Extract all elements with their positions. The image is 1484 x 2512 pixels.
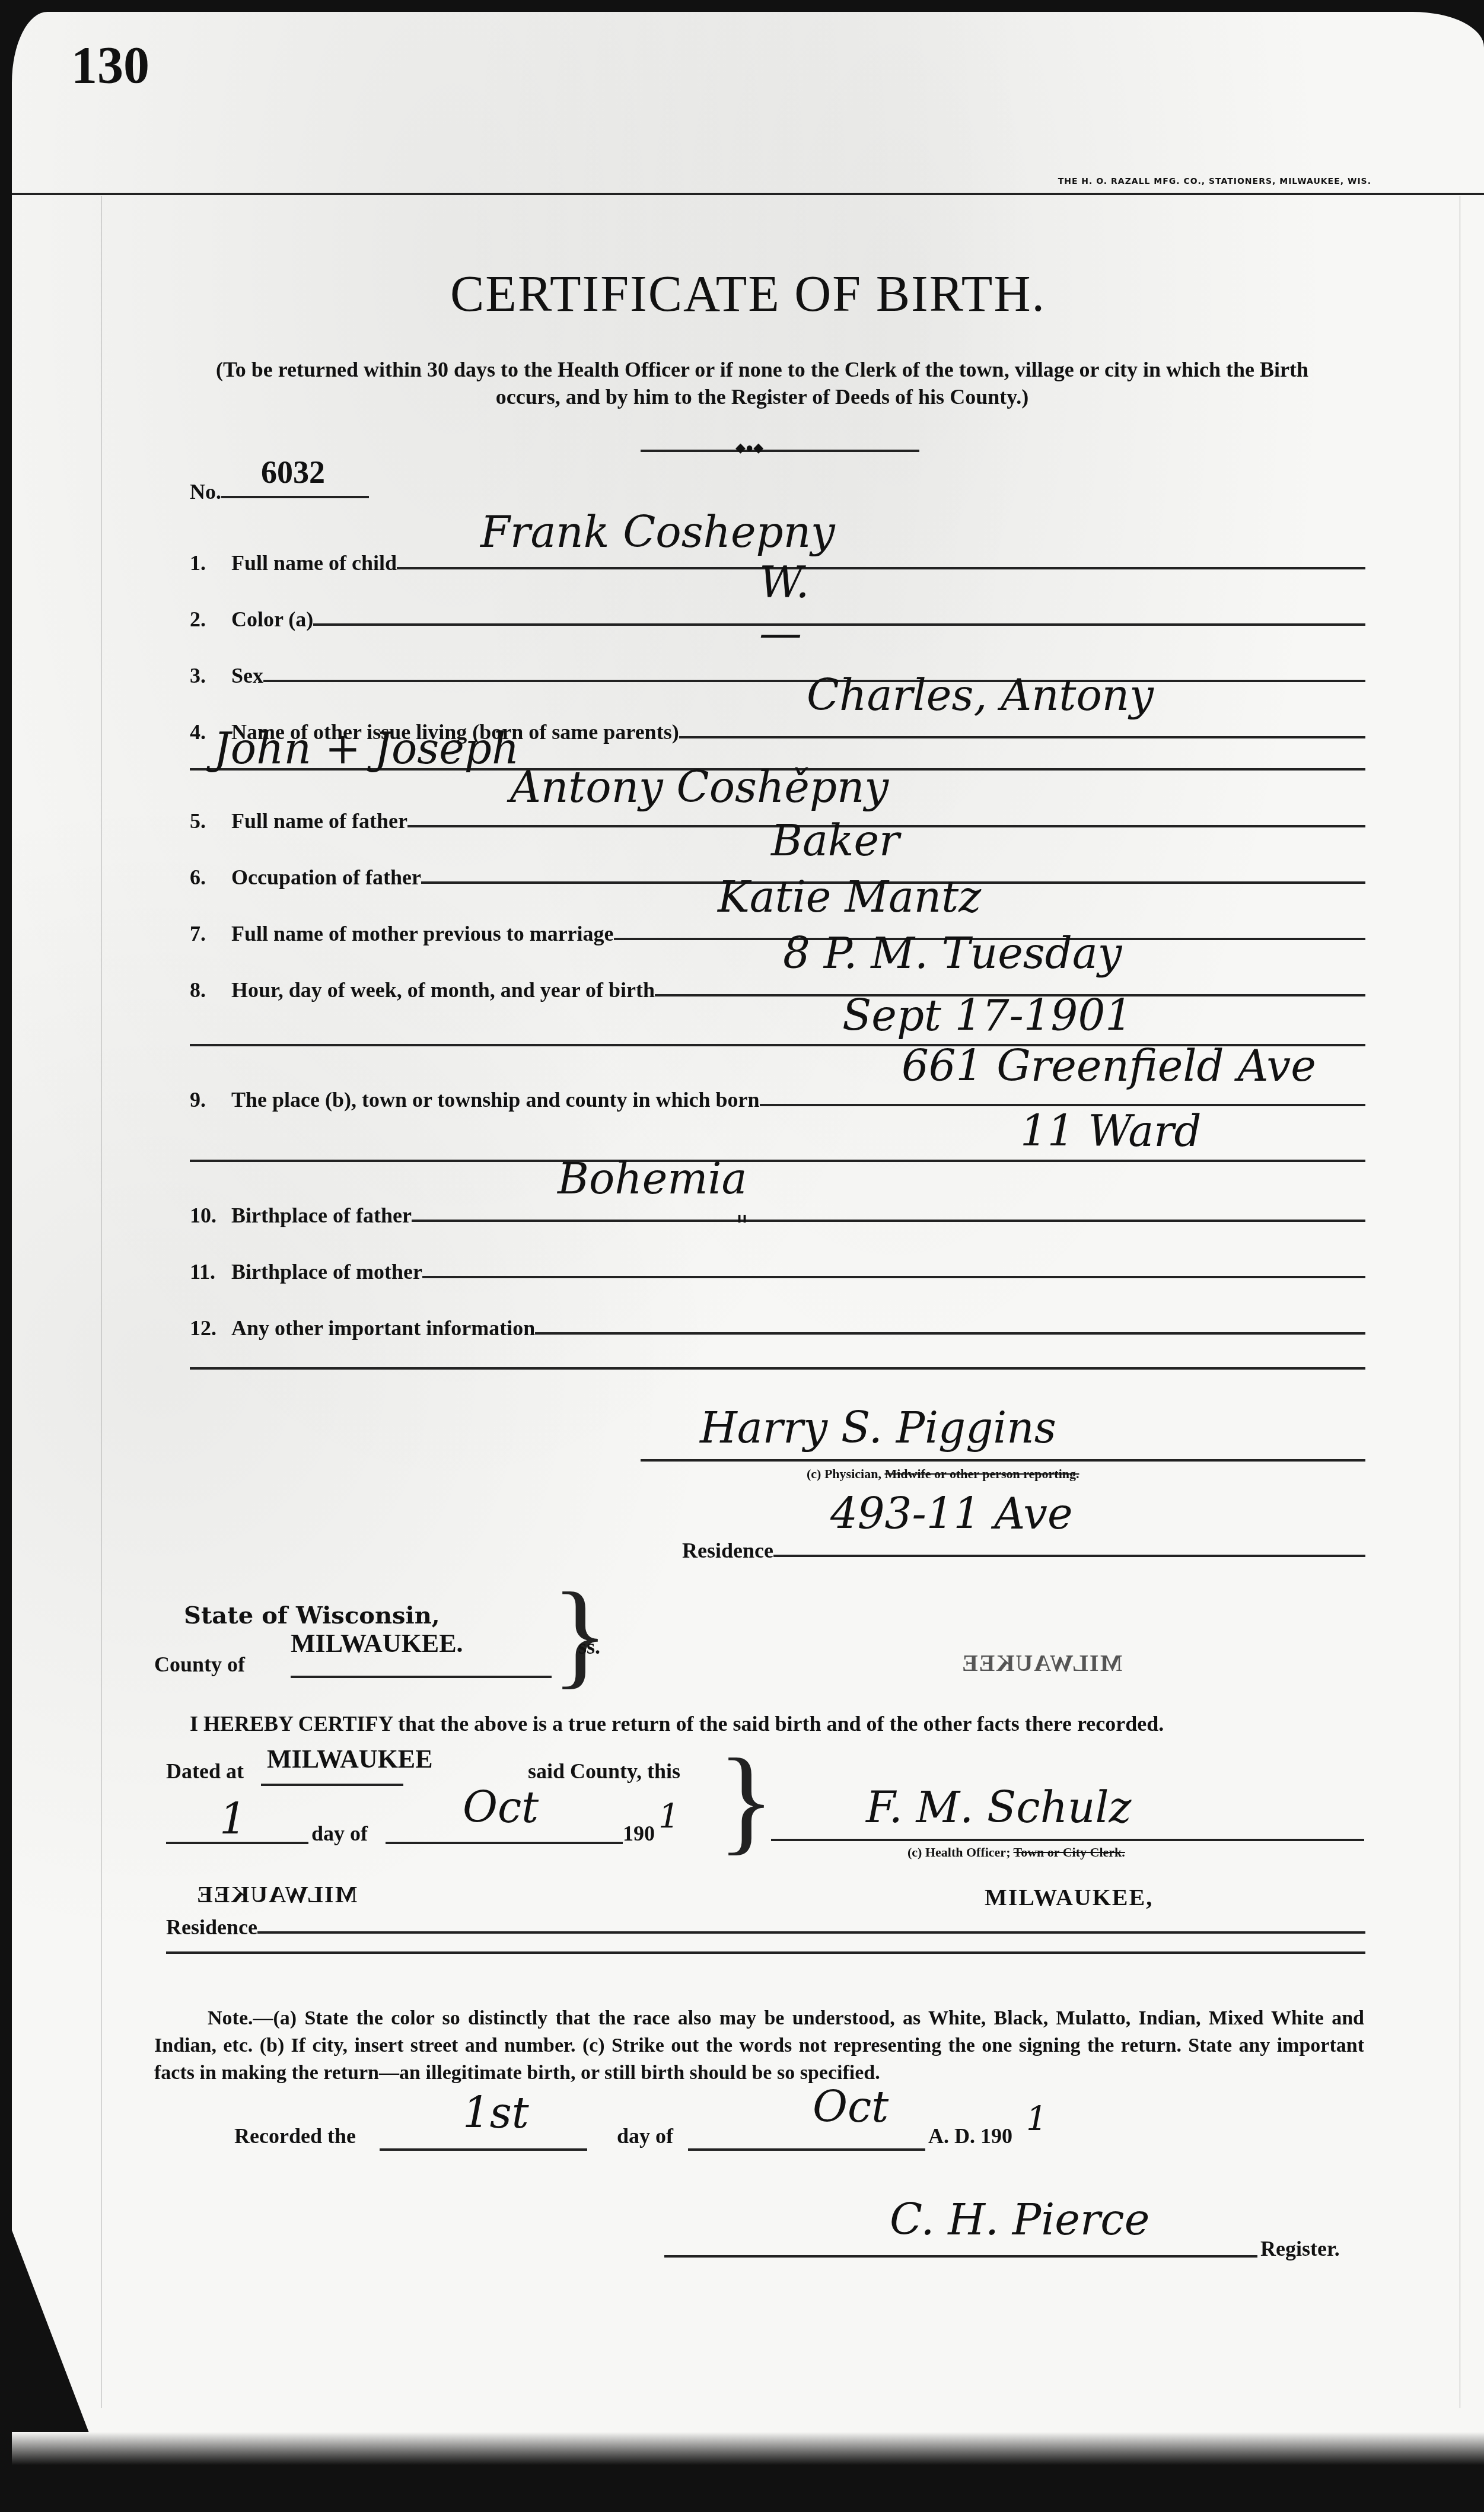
- field-label-birth-place: The place (b), town or township and coun…: [231, 1088, 760, 1112]
- field-label-father-occupation: Occupation of father: [231, 865, 421, 889]
- dated-year-prefix: 190: [623, 1821, 655, 1846]
- father-name-value: Antony Coshěpny: [510, 762, 889, 812]
- mirrored-stamp: MILWAUKEE: [961, 1649, 1122, 1677]
- county-label: County of: [154, 1652, 245, 1677]
- father-birthplace-value: Bohemia: [558, 1154, 747, 1204]
- field-label-sex: Sex: [231, 664, 263, 687]
- document-subtitle: (To be returned within 30 days to the He…: [184, 356, 1340, 410]
- physician-residence-label: Residence: [682, 1538, 773, 1563]
- said-county-label: said County, this: [528, 1759, 680, 1784]
- field-label-child-name: Full name of child: [231, 551, 397, 575]
- document-title: CERTIFICATE OF BIRTH.: [12, 264, 1484, 323]
- dated-month-value: Oct: [463, 1782, 539, 1832]
- officer-residence-mirrored: MILWAUKEE: [196, 1880, 357, 1908]
- father-occupation-value: Baker: [771, 816, 900, 865]
- certificate-page: 130 THE H. O. RAZALL MFG. CO., STATIONER…: [12, 12, 1484, 2479]
- physician-caption: (c) Physician, Midwife or other person r…: [807, 1466, 1079, 1482]
- sex-value: —: [759, 608, 802, 658]
- field-row-mother-birthplace: 11.Birthplace of mother: [190, 1249, 1365, 1284]
- certificate-number-label: No.: [190, 479, 221, 504]
- field-label-father-birthplace: Birthplace of father: [231, 1204, 412, 1227]
- dated-place-value: MILWAUKEE: [267, 1744, 433, 1774]
- mother-birthplace-value: ": [735, 1210, 749, 1243]
- field-row-other-info: 12.Any other important information: [190, 1305, 1365, 1341]
- frame-left: [101, 196, 101, 2408]
- state-label: State of Wisconsin,: [184, 1602, 440, 1629]
- certify-text: I HEREBY CERTIFY that the above is a tru…: [190, 1711, 1164, 1736]
- footnote: Note.—(a) State the color so distinctly …: [154, 2005, 1364, 2087]
- field-label-mother-name: Full name of mother previous to marriage: [231, 922, 614, 945]
- dated-at-label: Dated at: [166, 1759, 244, 1784]
- field-row-father-birthplace: 10.Birthplace of father: [190, 1192, 1365, 1228]
- health-officer-caption: (c) Health Officer; Town or City Clerk.: [907, 1845, 1125, 1860]
- page-bottom-edge: [12, 2432, 1484, 2479]
- register-label: Register.: [1260, 2236, 1340, 2261]
- ss-label: ss.: [578, 1634, 600, 1659]
- officer-residence-row: Residence: [166, 1904, 1365, 1940]
- page-number: 130: [71, 36, 149, 95]
- health-officer-signature: F. M. Schulz: [866, 1782, 1131, 1832]
- county-value: MILWAUKEE.: [291, 1628, 463, 1658]
- other-issue-value-line2: John + Joseph: [214, 724, 519, 773]
- color-value: W.: [759, 558, 809, 607]
- field-row-sex: 3.Sex: [190, 652, 1365, 688]
- physician-residence-value: 493-11 Ave: [830, 1489, 1073, 1539]
- officer-residence-label: Residence: [166, 1915, 257, 1940]
- field-label-father-name: Full name of father: [231, 809, 407, 833]
- officer-residence-value: MILWAUKEE,: [985, 1883, 1153, 1911]
- birth-time-value: 8 P. M. Tuesday: [783, 928, 1122, 978]
- recorded-month-value: Oct: [813, 2082, 889, 2132]
- birth-place-value: 661 Greenfield Ave: [902, 1041, 1316, 1091]
- ornament-divider: [641, 450, 919, 452]
- field-label-other-info: Any other important information: [231, 1316, 535, 1340]
- recorded-day-value: 1st: [463, 2088, 529, 2138]
- dated-year-suffix: 1: [658, 1797, 680, 1836]
- field-label-mother-birthplace: Birthplace of mother: [231, 1260, 422, 1284]
- physician-signature: Harry S. Piggins: [700, 1403, 1056, 1453]
- register-signature: C. H. Pierce: [890, 2195, 1149, 2244]
- certificate-number-line: [221, 496, 369, 498]
- mother-name-value: Katie Mantz: [718, 872, 981, 922]
- recorded-day-of-label: day of: [617, 2123, 673, 2148]
- stationer-imprint: THE H. O. RAZALL MFG. CO., STATIONERS, M…: [1058, 177, 1371, 186]
- dated-day-value: 1: [219, 1794, 247, 1844]
- recorded-ad-label: A. D. 190: [928, 2123, 1012, 2148]
- field-row-birth-time: 8.Hour, day of week, of month, and year …: [190, 967, 1365, 1002]
- certificate-number: 6032: [261, 454, 325, 491]
- bracket-dated: }: [718, 1732, 775, 1868]
- frame-right: [1460, 196, 1460, 2408]
- recorded-label: Recorded the: [234, 2123, 356, 2148]
- field-label-birth-time: Hour, day of week, of month, and year of…: [231, 978, 655, 1002]
- recorded-year-suffix: 1: [1026, 2100, 1047, 2138]
- birth-date-value: Sept 17-1901: [842, 991, 1132, 1040]
- other-issue-value: Charles, Antony: [807, 670, 1154, 720]
- day-of-label: day of: [311, 1821, 368, 1846]
- birth-place-value-line2: 11 Ward: [1020, 1106, 1202, 1156]
- field-label-color: Color (a): [231, 607, 313, 631]
- top-rule: [12, 193, 1484, 195]
- child-name-value: Frank Coshepny: [480, 507, 835, 557]
